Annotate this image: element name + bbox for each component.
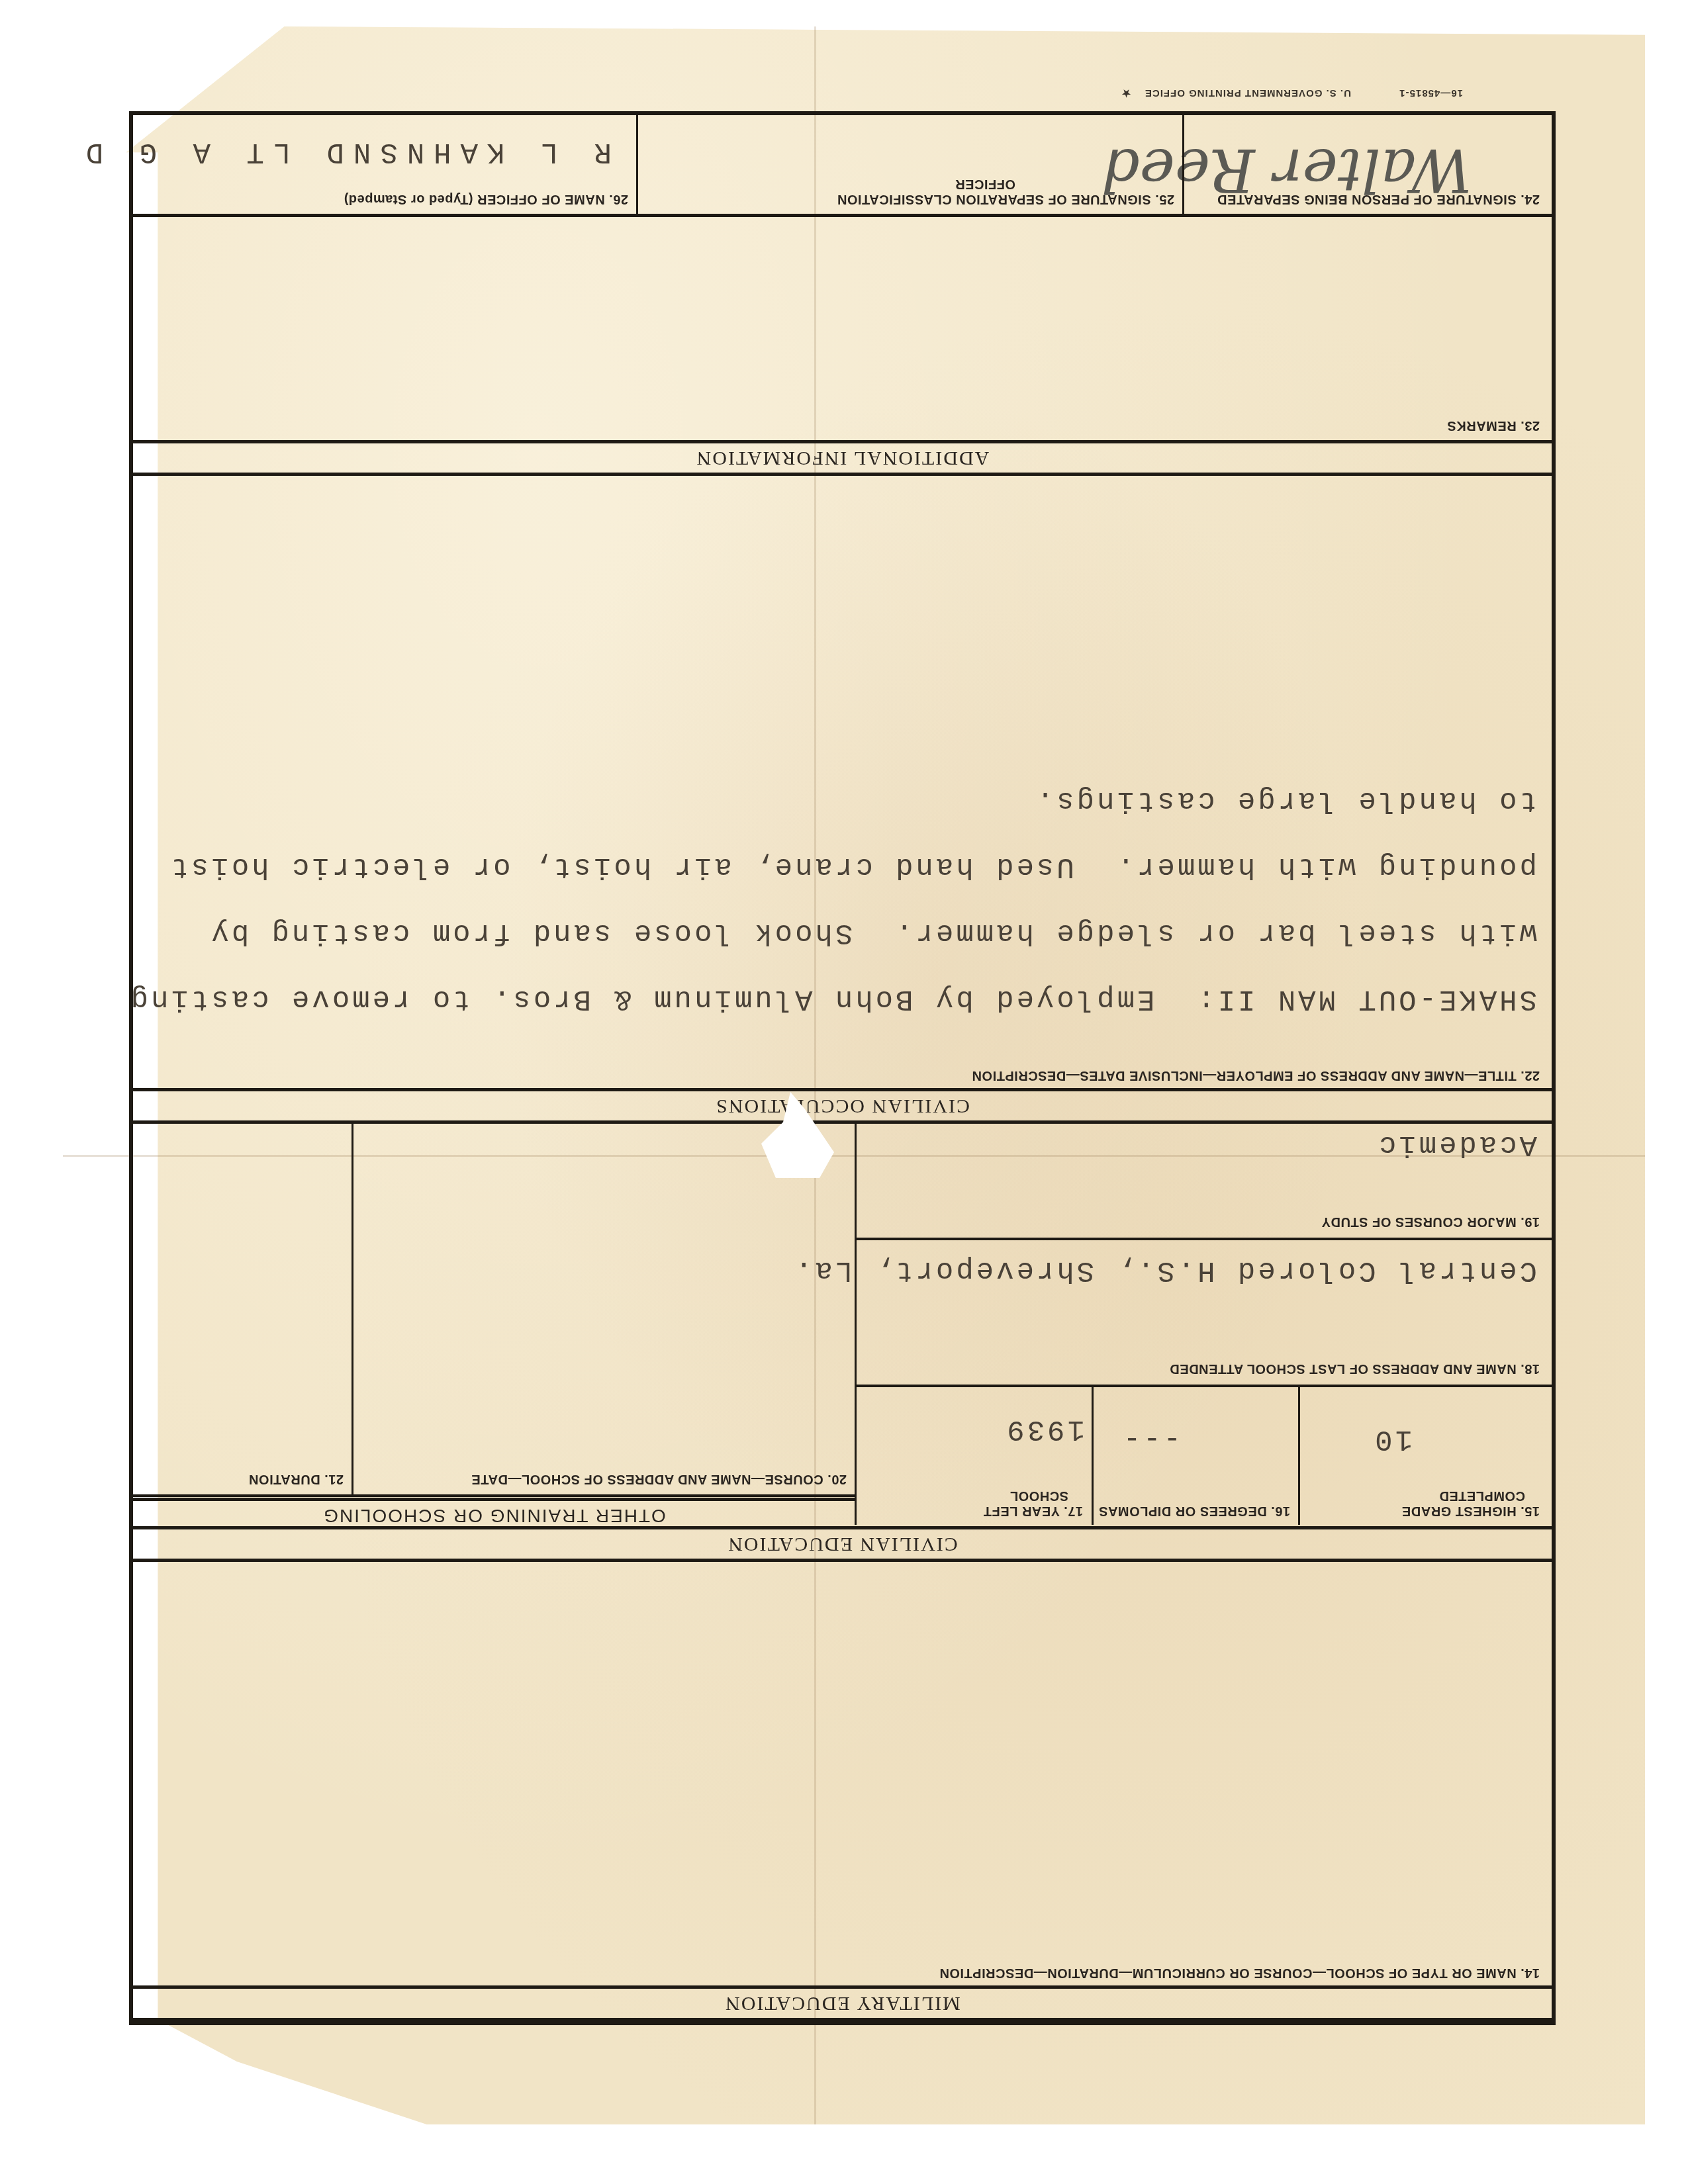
occupation-line-4: to handle large castings. — [1034, 784, 1537, 817]
civilian-occupations-header: CIVILIAN OCCUPATIONS — [133, 1088, 1552, 1124]
star-icon: ★ — [1121, 87, 1131, 99]
gpo-line: 16—45815-1 U. S. GOVERNMENT PRINTING OFF… — [1121, 87, 1463, 99]
form-number: 16—45815-1 — [1399, 87, 1463, 99]
divider — [855, 1121, 857, 1525]
field-22-label: 22. TITLE—NAME AND ADDRESS OF EMPLOYER—I… — [972, 1068, 1540, 1083]
field-26-value: R L KAHNSND LT A G D — [77, 135, 612, 168]
divider — [1182, 111, 1184, 214]
divider — [133, 1494, 855, 1497]
occupation-line-2: with steel bar or sledge hammer. Shook l… — [209, 916, 1537, 949]
field-18-value: Central Colored H.S., Shreveport, La. — [792, 1253, 1537, 1287]
separation-form-back: MILITARY EDUCATION 14. NAME OR TYPE OF S… — [129, 111, 1556, 2025]
field-19-value: Academic — [1376, 1128, 1537, 1161]
divider — [133, 214, 1552, 217]
divider — [636, 111, 638, 214]
occupation-line-3: pounding with hammer. Used hand crane, a… — [169, 850, 1538, 883]
field-21-label: 21. DURATION — [249, 1471, 344, 1486]
occupation-line-1: SHAKE-OUT MAN II: Employed by Bohn Alumi… — [128, 982, 1537, 1015]
field-18-label: 18. NAME AND ADDRESS OF LAST SCHOOL ATTE… — [1170, 1361, 1540, 1376]
field-15-value: 10 — [1372, 1422, 1413, 1455]
field-26-label: 26. NAME OF OFFICER (Typed or Stamped) — [344, 191, 628, 206]
field-17-label: 17. YEAR LEFT SCHOOL — [983, 1488, 1083, 1518]
field-16-label: 16. DEGREES OR DIPLOMAS — [1099, 1503, 1290, 1518]
field-16-value: --- — [1121, 1422, 1181, 1455]
divider — [352, 1121, 353, 1494]
divider — [1092, 1386, 1094, 1525]
other-training-header: OTHER TRAINING OR SCHOOLING — [133, 1498, 855, 1530]
printer-name: U. S. GOVERNMENT PRINTING OFFICE — [1145, 87, 1351, 99]
military-education-header: MILITARY EDUCATION — [133, 1985, 1552, 2021]
field-23-label: 23. REMARKS — [1447, 418, 1540, 433]
civilian-education-header: CIVILIAN EDUCATION — [133, 1526, 1552, 1562]
divider — [855, 1385, 1552, 1387]
rotated-form-layer: 16—45815-1 U. S. GOVERNMENT PRINTING OFF… — [0, 0, 1688, 2184]
additional-information-header: ADDITIONAL INFORMATION — [133, 440, 1552, 476]
field-14-label: 14. NAME OR TYPE OF SCHOOL—COURSE OR CUR… — [939, 1965, 1540, 1980]
field-19-label: 19. MAJOR COURSES OF STUDY — [1321, 1214, 1540, 1229]
field-15-label: 15. HIGHEST GRADE COMPLETED — [1401, 1488, 1540, 1518]
divider — [1298, 1386, 1300, 1525]
field-25-label: 25. SIGNATURE OF SEPARATION CLASSIFICATI… — [837, 176, 1174, 206]
field-17-value: 1939 — [1004, 1412, 1085, 1445]
divider — [855, 1238, 1552, 1240]
field-20-label: 20. COURSE—NAME AND ADDRESS OF SCHOOL—DA… — [471, 1471, 847, 1486]
